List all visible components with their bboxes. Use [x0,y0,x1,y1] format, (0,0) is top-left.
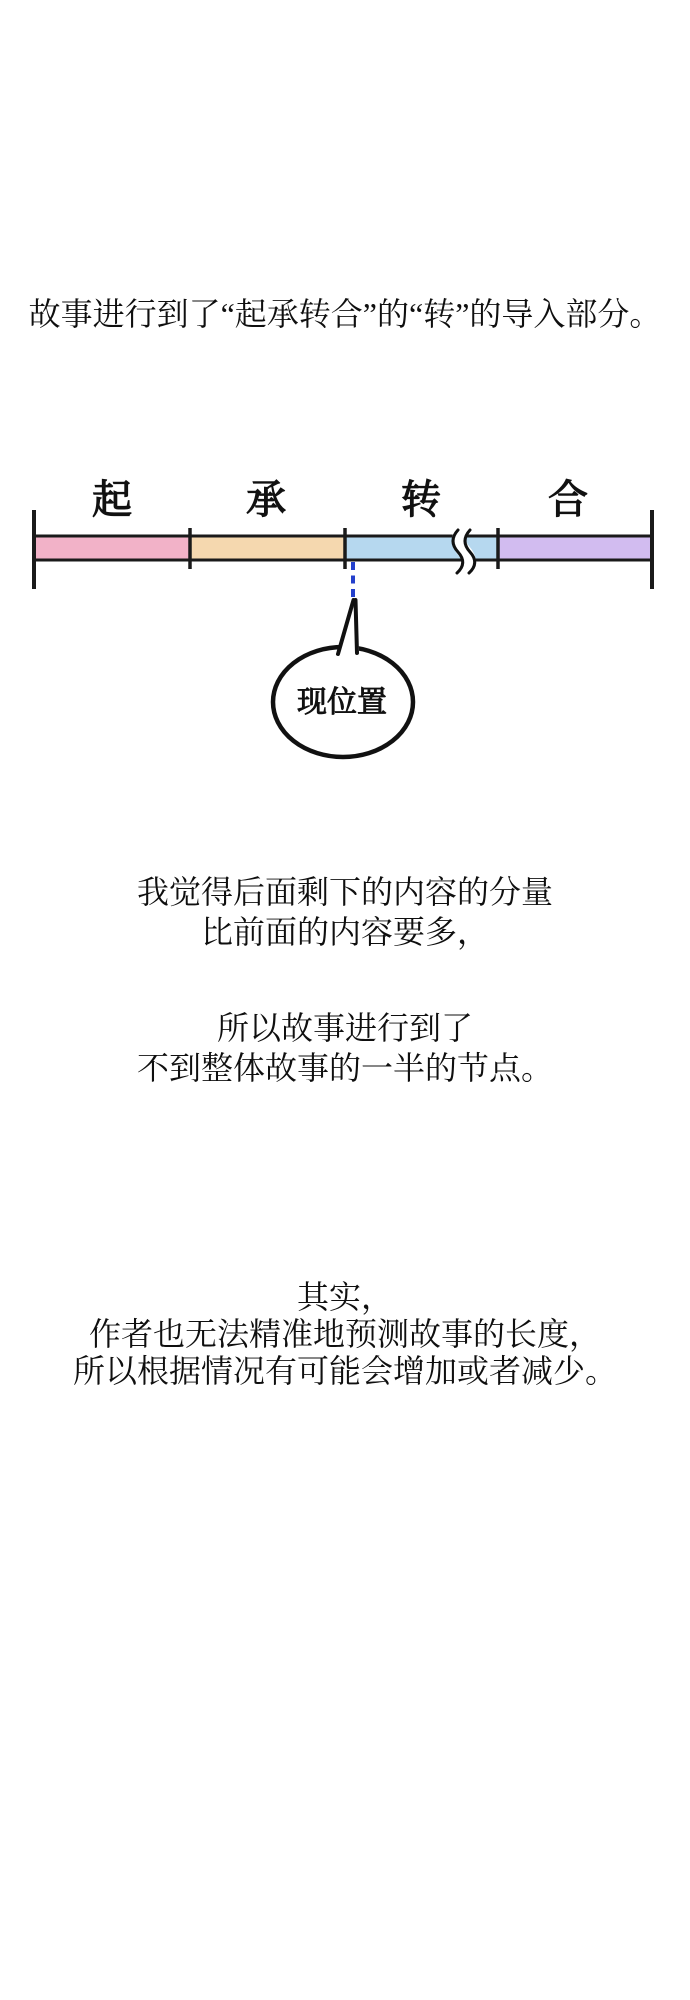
progress-bar [34,536,652,560]
stage-label-he: 合 [548,478,588,522]
paragraph-3-line-2: 作者也无法精准地预测故事的长度， [0,1316,690,1353]
story-structure-diagram: 起 承 转 合 现位置 [0,460,690,780]
paragraph-1-line-2: 比前面的内容要多， [0,912,690,952]
bar-segment-cheng [190,536,345,560]
paragraph-2-line-2: 不到整体故事的一半的节点。 [0,1048,690,1088]
bubble-tail-right-edge [356,600,358,653]
bubble-label: 现位置 [297,686,387,719]
intro-text: 故事进行到了“起承转合”的“转”的导入部分。 [0,292,690,336]
paragraph-1-line-1: 我觉得后面剩下的内容的分量 [0,872,690,912]
stage-label-zhuan: 转 [401,478,441,522]
paragraph-3-line-3: 所以根据情况有可能会增加或者减少。 [0,1353,690,1390]
bar-segment-he [498,536,652,560]
paragraph-2-line-1: 所以故事进行到了 [0,1008,690,1048]
stage-label-cheng: 承 [246,478,286,522]
speech-bubble: 现位置 [273,599,413,757]
stage-label-qi: 起 [92,478,132,522]
paragraph-2: 所以故事进行到了 不到整体故事的一半的节点。 [0,1008,690,1088]
paragraph-3-line-1: 其实， [0,1279,690,1316]
bar-segment-qi [34,536,190,560]
paragraph-3: 其实， 作者也无法精准地预测故事的长度， 所以根据情况有可能会增加或者减少。 [0,1279,690,1390]
paragraph-1: 我觉得后面剩下的内容的分量 比前面的内容要多， [0,872,690,952]
